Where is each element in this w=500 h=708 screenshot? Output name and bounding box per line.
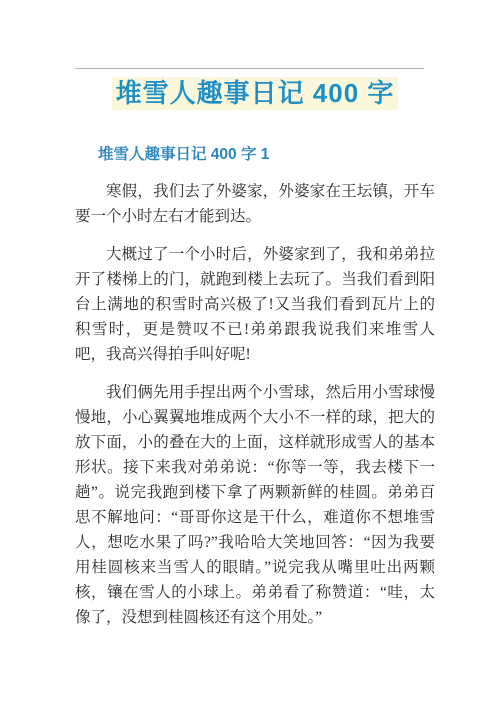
paragraph: 我们俩先用手捏出两个小雪球，然后用小雪球慢慢地，小心翼翼地堆成两个大小不一样的球… xyxy=(75,380,435,630)
horizontal-divider xyxy=(75,68,424,69)
page-title: 堆雪人趣事日记 400 字 xyxy=(75,77,435,109)
page-content: 堆雪人趣事日记 400 字 堆雪人趣事日记 400 字 1 寒假，我们去了外婆家… xyxy=(75,0,435,630)
article-paragraphs: 寒假，我们去了外婆家，外婆家在王坛镇，开车要一个小时左右才能到达。大概过了一个小… xyxy=(75,179,435,630)
document-page: 堆雪人趣事日记 400 字 堆雪人趣事日记 400 字 1 寒假，我们去了外婆家… xyxy=(0,0,500,708)
paragraph: 寒假，我们去了外婆家，外婆家在王坛镇，开车要一个小时左右才能到达。 xyxy=(75,179,435,229)
paragraph: 大概过了一个小时后，外婆家到了，我和弟弟拉开了楼梯上的门，就跑到楼上去玩了。当我… xyxy=(75,242,435,367)
section-subtitle: 堆雪人趣事日记 400 字 1 xyxy=(75,145,435,165)
page-title-text: 堆雪人趣事日记 400 字 xyxy=(112,77,399,110)
